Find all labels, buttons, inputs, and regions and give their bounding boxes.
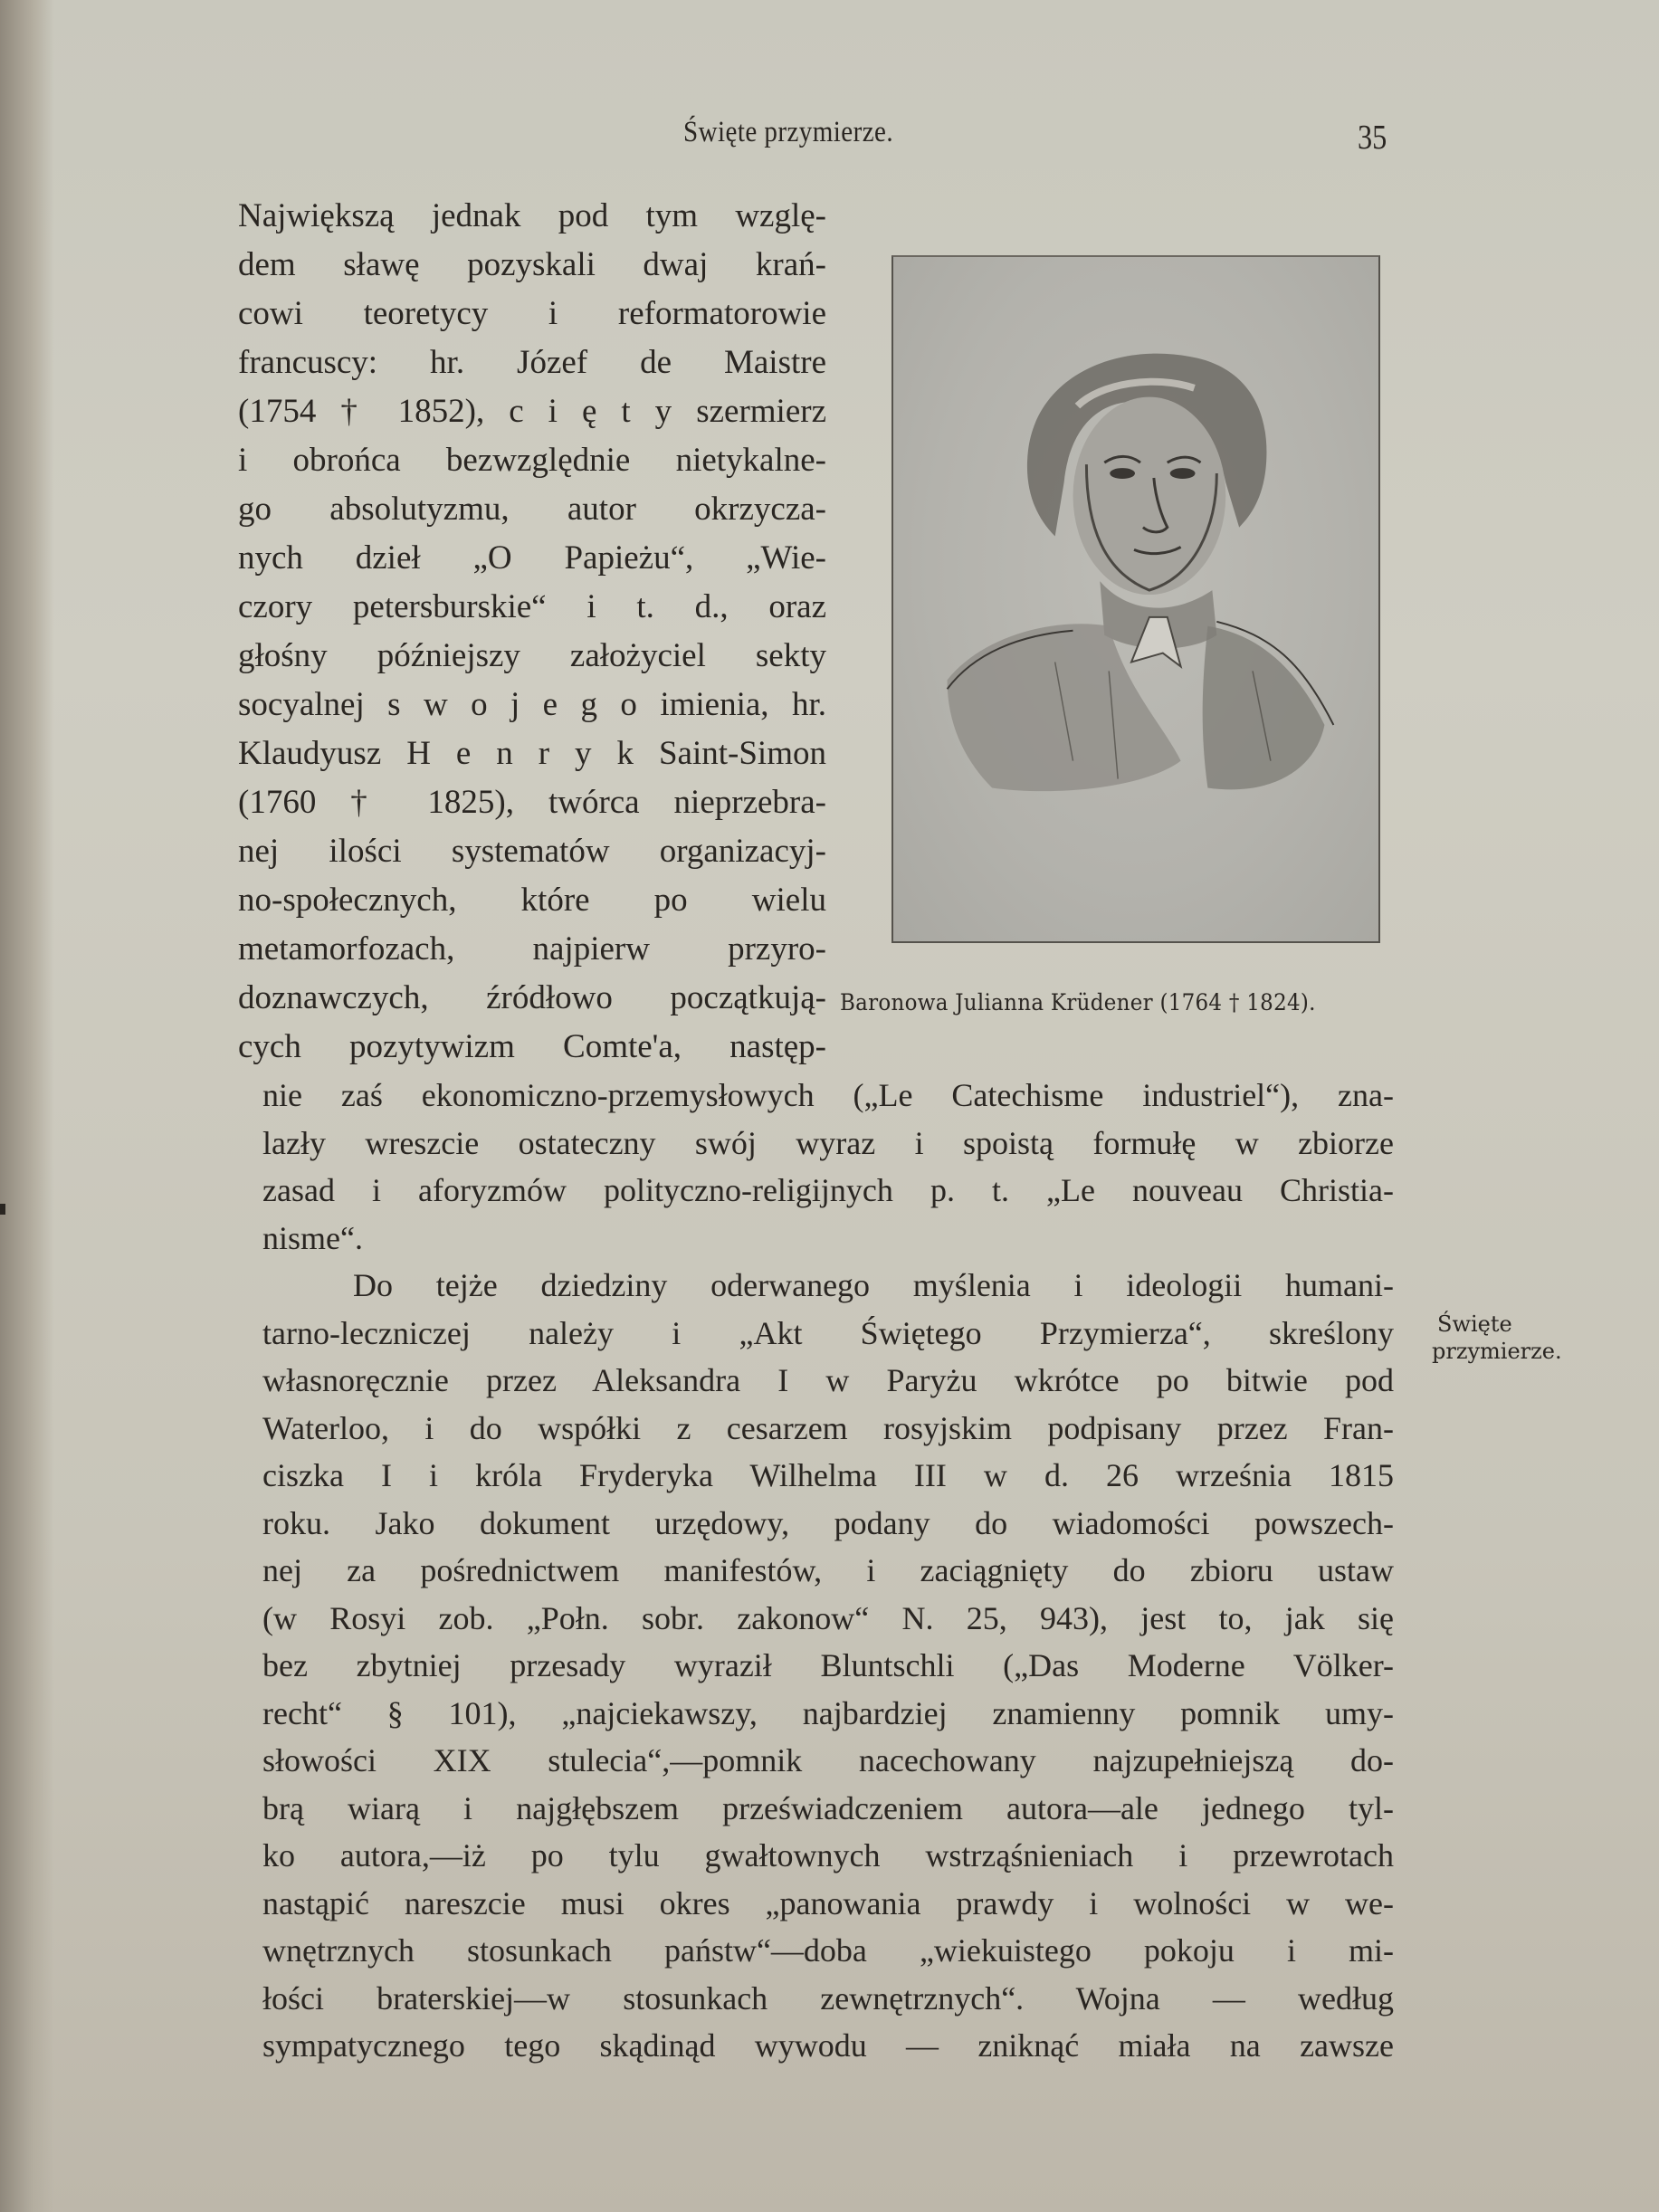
text-line: go absolutyzmu, autor okrzycza-: [238, 485, 826, 534]
portrait-figure: [891, 255, 1380, 943]
text-line: własnoręcznie przez Aleksandra I w Paryż…: [262, 1357, 1394, 1405]
text-line: metamorfozach, najpierw przyro-: [238, 925, 826, 974]
text-line: głośny późniejszy założyciel sekty: [238, 632, 826, 681]
text-line: nej za pośrednictwem manifestów, i zacią…: [262, 1547, 1394, 1595]
margin-note-line: Święte: [1432, 1311, 1562, 1338]
text-line: lazły wreszcie ostateczny swój wyraz i s…: [262, 1120, 1394, 1168]
text-line: ciszka I i króla Fryderyka Wilhelma III …: [262, 1452, 1394, 1500]
text-line: czory petersburskie“ i t. d., oraz: [238, 583, 826, 632]
text-line: ko autora,—iż po tylu gwałtownych wstrzą…: [262, 1832, 1394, 1880]
text-line: (1760 † 1825), twórca nieprzebra-: [238, 778, 826, 827]
text-line: Klaudyusz H e n r y k Saint-Simon: [238, 729, 826, 778]
margin-note-line: przymierze.: [1432, 1338, 1562, 1365]
text-line: słowości XIX stulecia“,—pomnik nacechowa…: [262, 1737, 1394, 1785]
text-line: no-społecznych, które po wielu: [238, 876, 826, 925]
text-line: cych pozytywizm Comte'a, następ-: [238, 1023, 826, 1072]
text-line: nastąpić nareszcie musi okres „panowania…: [262, 1880, 1394, 1928]
text-line: Waterloo, i do współki z cesarzem rosyjs…: [262, 1405, 1394, 1453]
text-line: bez zbytniej przesady wyraził Bluntschli…: [262, 1642, 1394, 1690]
text-line: nej ilości systematów organizacyj-: [238, 827, 826, 876]
margin-note: Święte przymierze.: [1432, 1311, 1562, 1365]
text-line: nisme“.: [262, 1215, 1394, 1263]
page-number: 35: [1358, 118, 1387, 157]
text-line: nie zaś ekonomiczno-przemysłowych („Le C…: [262, 1072, 1394, 1120]
text-line: (1754 † 1852), c i ę t y szermierz: [238, 387, 826, 436]
text-line: dem sławę pozyskali dwaj krań-: [238, 241, 826, 290]
text-line: i obrońca bezwzględnie nietykalne-: [238, 436, 826, 485]
text-line: wnętrznych stosunkach państw“—doba „wiek…: [262, 1927, 1394, 1975]
full-text-column: nie zaś ekonomiczno-przemysłowych („Le C…: [262, 1072, 1394, 2070]
text-line: Największą jednak pod tym wzglę-: [238, 192, 826, 241]
text-line: (w Rosyi zob. „Połn. sobr. zakonow“ N. 2…: [262, 1595, 1394, 1643]
text-line: zasad i aforyzmów polityczno-religijnych…: [262, 1167, 1394, 1215]
paragraph-start-line: Do tejże dziedziny oderwanego myślenia i…: [262, 1262, 1394, 1310]
text-line: recht“ § 101), „najciekawszy, najbardzie…: [262, 1690, 1394, 1738]
text-line: nych dzieł „O Papieżu“, „Wie-: [238, 534, 826, 583]
text-line: brą wiarą i najgłębszem przeświadczeniem…: [262, 1785, 1394, 1833]
text-line: sympatycznego tego skądinąd wywodu — zni…: [262, 2022, 1394, 2070]
text-line: łości braterskiej—w stosunkach zewnętrzn…: [262, 1975, 1394, 2023]
narrow-text-column: Największą jednak pod tym wzglę- dem sła…: [238, 192, 826, 1072]
spine-mark: [0, 1204, 5, 1215]
running-title: Święte przymierze.: [683, 116, 893, 149]
text-line: doznawczych, źródłowo początkują-: [238, 974, 826, 1023]
text-line: cowi teoretycy i reformatorowie: [238, 290, 826, 338]
book-spine-shadow: [0, 0, 54, 2212]
portrait-engraving-icon: [893, 257, 1378, 941]
text-line: socyalnej s w o j e g o imienia, hr.: [238, 681, 826, 729]
text-line: francuscy: hr. Józef de Maistre: [238, 338, 826, 387]
figure-caption: Baronowa Julianna Krüdener (1764 † 1824)…: [840, 989, 1316, 1015]
text-line: roku. Jako dokument urzędowy, podany do …: [262, 1500, 1394, 1548]
text-line: tarno-leczniczej należy i „Akt Świętego …: [262, 1310, 1394, 1358]
